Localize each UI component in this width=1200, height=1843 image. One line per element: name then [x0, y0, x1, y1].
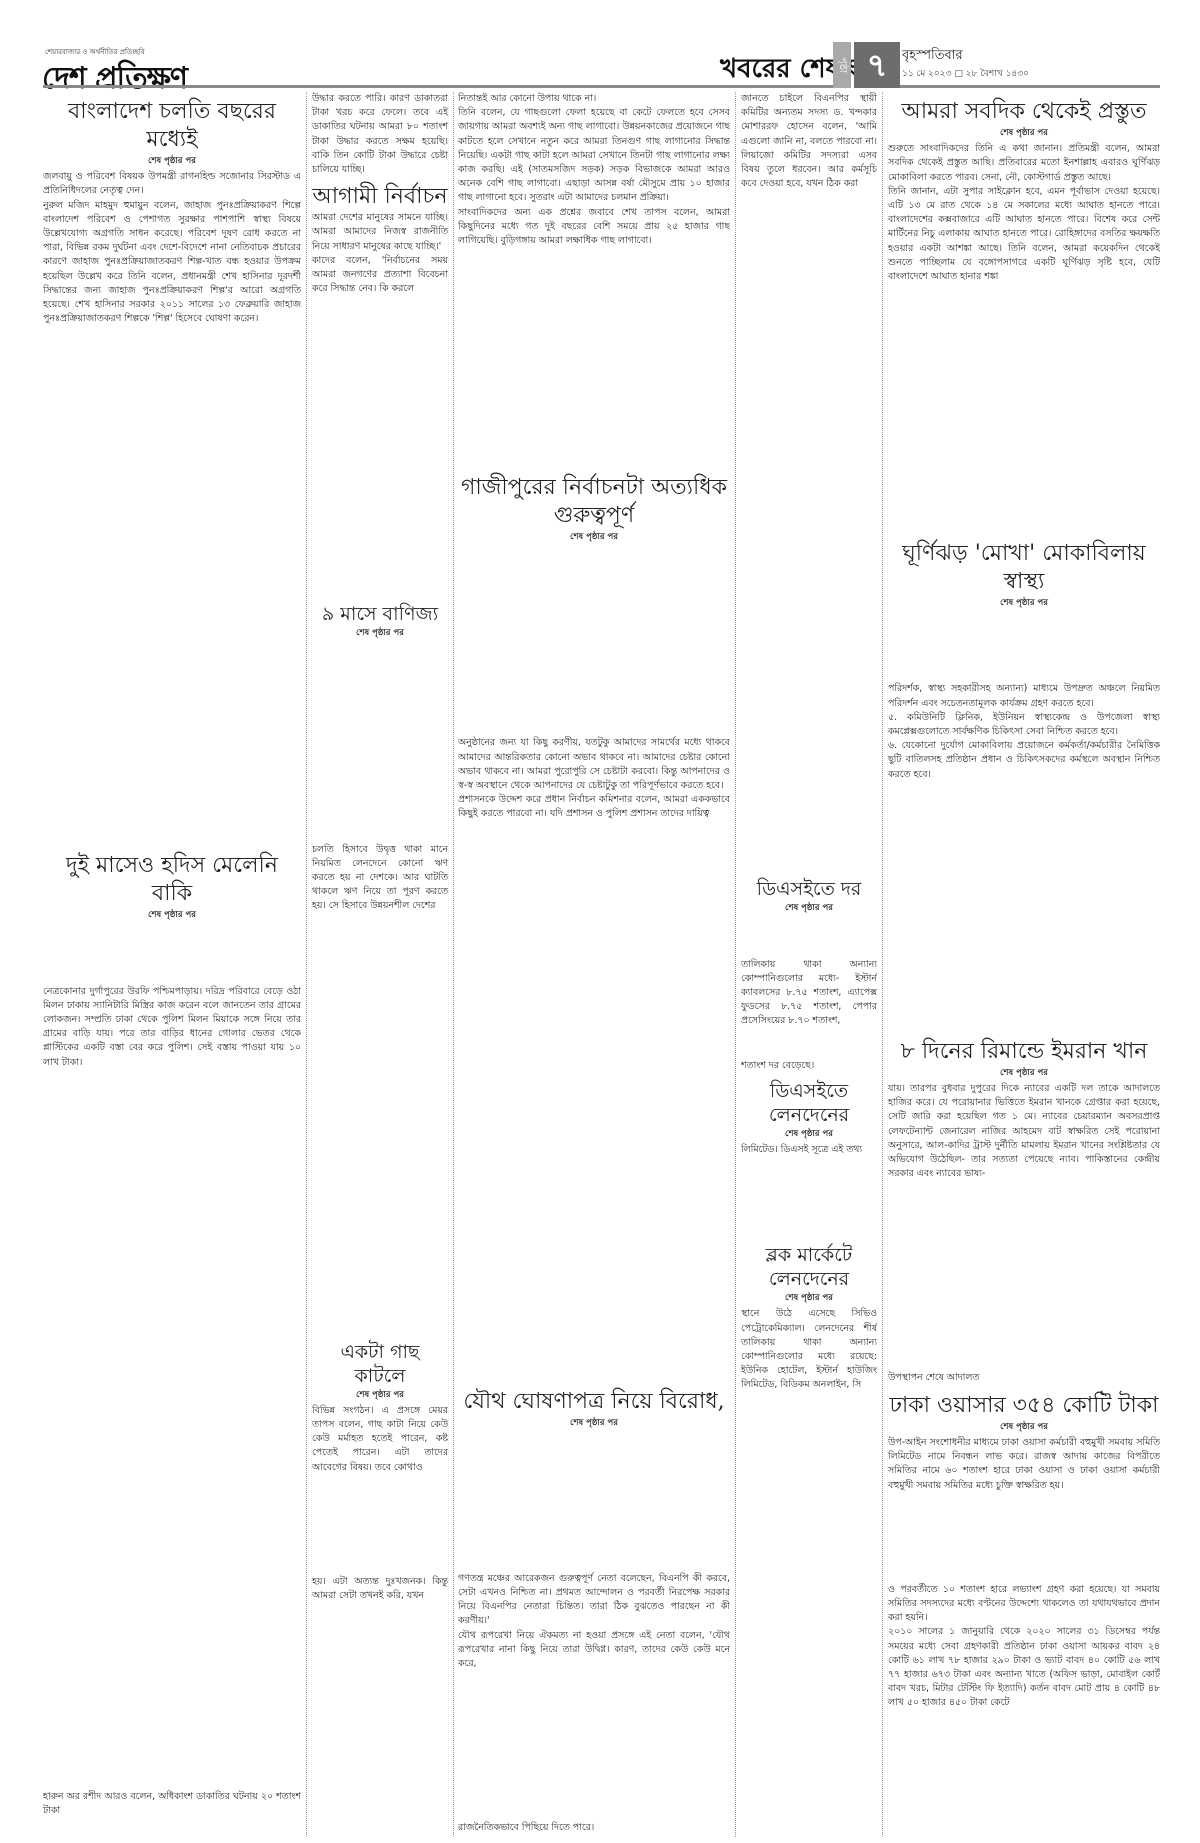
article-body-filler [741, 1029, 877, 1059]
headline[interactable]: ঘূর্ণিঝড় 'মোখা' মোকাবিলায় স্বাস্থ্য [888, 540, 1160, 596]
article-body-filler [741, 918, 877, 958]
article-body-filler [888, 1181, 1160, 1371]
headline[interactable]: ৯ মাসে বাণিজ্য [312, 602, 448, 626]
jump-label: শেষ পৃষ্ঠার পর [741, 1127, 877, 1141]
page-label: পৃষ্ঠা [833, 42, 851, 88]
paragraph: কাদের বলেন, 'নির্বাচনের সময় আমরা জনগণের… [312, 254, 448, 297]
article-body-filler [312, 296, 448, 596]
paragraph: সাংবাদিকদের অন্য এক প্রশ্নের জবাবে শেখ ত… [458, 206, 730, 249]
paragraph: শুরুতে সাংবাদিকদের তিনি এ কথা জানান। প্র… [888, 142, 1160, 185]
page-number: ৭ [854, 42, 900, 88]
paragraph: জলবায়ু ও পরিবেশ বিষয়ক উপমন্ত্রী রাগনহি… [43, 170, 301, 198]
headline[interactable]: ব্লক মার্কেটে লেনদেনের [741, 1243, 877, 1291]
article-body-filler [312, 1475, 448, 1575]
paragraph: উপস্থাপন শেষে আদালত [888, 1371, 1160, 1385]
jump-label: শেষ পৃষ্ঠার পর [888, 126, 1160, 140]
article-body-filler [312, 914, 448, 1334]
paragraph: তিনি বলেন, যে গাছগুলো ফেলা হয়েছে বা কেট… [458, 106, 730, 205]
paragraph: হয়। এটা অত্যন্ত দুঃখজনক। কিন্তু আমরা সে… [312, 1575, 448, 1603]
paragraph: উদ্ধার করতে পারি। কারণ ডাকাতরা টাকা খরচ … [312, 92, 448, 177]
article-ghurnijhor[interactable]: ঘূর্ণিঝড় 'মোখা' মোকাবিলায় স্বাস্থ্য শে… [888, 540, 1160, 782]
headline[interactable]: আগামী নির্বাচন [312, 183, 448, 211]
article-body-filler [43, 1070, 301, 1790]
headline[interactable]: ডিএসইতে লেনদেনের [741, 1079, 877, 1127]
paragraph: তালিকায় থাকা অন্যান্য কোম্পানিগুলোর মধ্… [741, 958, 877, 1029]
paragraph: অনুষ্ঠানের জন্য যা কিছু করণীয়, যতটুকু আ… [458, 736, 730, 793]
column-4: জানতে চাইলে বিএনপির স্থায়ী কমিটির অন্যত… [741, 92, 877, 1837]
jump-label: শেষ পৃষ্ঠার পর [312, 626, 448, 640]
column-1: বাংলাদেশ চলতি বছরের মধ্যেই শেষ পৃষ্ঠার প… [43, 92, 301, 1837]
jump-label: শেষ পৃষ্ঠার পর [312, 1388, 448, 1402]
article-dse-dor[interactable]: ডিএসইতে দর শেষ পৃষ্ঠার পর তালিকায় থাকা … [741, 877, 877, 1028]
article-amra-sobdik[interactable]: আমরা সবদিক থেকেই প্রস্তুত শেষ পৃষ্ঠার পর… [888, 98, 1160, 284]
column-divider [735, 92, 737, 1837]
paragraph: রাজনৈতিকভাবে পিছিয়ে দিতে পারে। [458, 1821, 730, 1835]
article-nine-months[interactable]: ৯ মাসে বাণিজ্য শেষ পৃষ্ঠার পর চলতি হিসাব… [312, 602, 448, 913]
headline[interactable]: ডিএসইতে দর [741, 877, 877, 901]
column-divider [453, 92, 455, 1837]
article-body-filler [741, 191, 877, 871]
jump-label: শেষ পৃষ্ঠার পর [741, 901, 877, 915]
jump-label: শেষ পৃষ্ঠার পর [888, 1420, 1160, 1434]
paragraph: যায়। তারপর বুধবার দুপুরের দিকে ন্যাবের … [888, 1082, 1160, 1181]
paragraph: চলতি হিসাবে উদ্বৃত্ত থাকা মানে নিয়মিত ল… [312, 843, 448, 914]
column-divider [882, 92, 884, 1837]
article-body-filler [888, 782, 1160, 1032]
headline[interactable]: বাংলাদেশ চলতি বছরের মধ্যেই [43, 98, 301, 154]
paragraph: ২০১০ সালের ১ জানুয়ারি থেকে ২০২০ সালের ৩… [888, 1625, 1160, 1710]
paragraph: তিনি জানান, এটা সুপার সাইক্লোন হবে, এমন … [888, 185, 1160, 284]
paragraph: নিতান্তই আর কোনো উপায় থাকে না। [458, 92, 730, 106]
column-3: নিতান্তই আর কোনো উপায় থাকে না। তিনি বলে… [458, 92, 730, 1837]
article-body-filler [458, 546, 730, 736]
article-tree-continued[interactable]: নিতান্তই আর কোনো উপায় থাকে না। তিনি বলে… [458, 92, 730, 248]
paragraph: গণতন্ত্র মঞ্চের আরেকজন গুরুত্বপূর্ণ নেতা… [458, 1572, 730, 1629]
article-body-filler [458, 248, 730, 468]
article-body-filler [458, 822, 730, 1382]
column-2: উদ্ধার করতে পারি। কারণ ডাকাতরা টাকা খরচ … [312, 92, 448, 1837]
article-bnp-continued[interactable]: জানতে চাইলে বিএনপির স্থায়ী কমিটির অন্যত… [741, 92, 877, 191]
paragraph: স্থানে উঠে এসেছে সিভিও পেট্রোকেমিক্যাল। … [741, 1307, 877, 1392]
jump-label: শেষ পৃষ্ঠার পর [43, 908, 301, 922]
paragraph: ৫. কমিউনিটি ক্লিনিক, ইউনিয়ন স্বাস্থ্যকে… [888, 711, 1160, 739]
article-block-market[interactable]: ব্লক মার্কেটে লেনদেনের শেষ পৃষ্ঠার পর স্… [741, 1243, 877, 1392]
paragraph: হারুন অর রশীদ আরও বলেন, অধিকাংশ ডাকাতির … [43, 1790, 301, 1818]
paragraph: নেত্রকোনার দুর্গাপুরের উরফি পশ্চিমপাড়ায… [43, 985, 301, 1070]
article-joutho[interactable]: যৌথ ঘোষণাপত্র নিয়ে বিরোধ, শেষ পৃষ্ঠার প… [458, 1388, 730, 1836]
article-body-filler [458, 1671, 730, 1821]
paragraph: ৬. যেকোনো দুর্যোগ মোকাবিলায় প্রয়োজনে ক… [888, 739, 1160, 782]
paragraph: পরিদর্শক, স্বাস্থ্য সহকারীসহ অন্যান্য) ম… [888, 682, 1160, 710]
article-body-filler [43, 326, 301, 846]
headline[interactable]: ঢাকা ওয়াসার ৩৫৪ কোটি টাকা [888, 1392, 1160, 1420]
headline[interactable]: একটা গাছ কাটলে [312, 1340, 448, 1388]
jump-label: শেষ পৃষ্ঠার পর [458, 1416, 730, 1430]
headline[interactable]: ৮ দিনের রিমান্ডে ইমরান খান [888, 1038, 1160, 1066]
article-bangladesh[interactable]: বাংলাদেশ চলতি বছরের মধ্যেই শেষ পৃষ্ঠার প… [43, 98, 301, 326]
masthead: শেয়ারবাজার ও অর্থনীতির প্রতিচ্ছবি দেশ প… [0, 0, 1200, 88]
column-divider [306, 92, 308, 1837]
article-dse-lenden[interactable]: ডিএসইতে লেনদেনের শেষ পৃষ্ঠার পর লিমিটেড।… [741, 1079, 877, 1157]
jump-label: শেষ পৃষ্ঠার পর [458, 530, 730, 544]
article-body-filler [43, 925, 301, 985]
article-dui-mase[interactable]: দুই মাসেও হদিস মেলেনি বাকি শেষ পৃষ্ঠার প… [43, 852, 301, 1818]
headline[interactable]: আমরা সবদিক থেকেই প্রস্তুত [888, 98, 1160, 126]
paragraph: বিভিন্ন সংগঠন। এ প্রসঙ্গে মেয়র তাপস বলে… [312, 1404, 448, 1475]
publication-day: বৃহস্পতিবার [902, 46, 963, 67]
article-dhaka-wasa[interactable]: ঢাকা ওয়াসার ৩৫৪ কোটি টাকা শেষ পৃষ্ঠার প… [888, 1392, 1160, 1711]
jump-label: শেষ পৃষ্ঠার পর [741, 1291, 877, 1305]
paragraph: নুরুল মজিদ মাহমুদ হুমায়ুন বলেন, জাহাজ প… [43, 199, 301, 327]
paragraph: শতাংশ দর বেড়েছে। [741, 1059, 877, 1073]
article-body-filler [888, 612, 1160, 682]
header-rule [43, 85, 283, 88]
article-imran[interactable]: ৮ দিনের রিমান্ডে ইমরান খান শেষ পৃষ্ঠার প… [888, 1038, 1160, 1386]
headline[interactable]: গাজীপুরের নির্বাচনটা অত্যধিক গুরুত্বপূর্… [458, 474, 730, 530]
paragraph: আমরা দেশের মানুষের সামনে যাচ্ছি। আমরা আম… [312, 211, 448, 254]
paragraph: জানতে চাইলে বিএনপির স্থায়ী কমিটির অন্যত… [741, 92, 877, 191]
paragraph: লিমিটেড। ডিএসই সূত্রে এই তথ্য [741, 1143, 877, 1157]
article-agami-nirbachon[interactable]: আগামী নির্বাচন আমরা দেশের মানুষের সামনে … [312, 183, 448, 296]
article-ekta-gach[interactable]: একটা গাছ কাটলে শেষ পৃষ্ঠার পর বিভিন্ন সং… [312, 1340, 448, 1604]
article-body-filler [312, 643, 448, 843]
paragraph: ও পরবর্তীতে ১০ শতাংশ হারে লভ্যাংশ গ্রহণ … [888, 1583, 1160, 1626]
jump-label: শেষ পৃষ্ঠার পর [888, 1066, 1160, 1080]
article-body-filler [741, 1157, 877, 1237]
jump-label: শেষ পৃষ্ঠার পর [888, 596, 1160, 610]
article-body-filler [888, 1493, 1160, 1583]
article-body-filler [458, 1432, 730, 1572]
article-gazipur[interactable]: গাজীপুরের নির্বাচনটা অত্যধিক গুরুত্বপূর্… [458, 474, 730, 821]
header-rule [900, 85, 1160, 88]
paragraph: প্রশাসনকে উদ্দেশ করে প্রধান নির্বাচন কমি… [458, 793, 730, 821]
headline[interactable]: দুই মাসেও হদিস মেলেনি বাকি [43, 852, 301, 908]
paragraph: উপ-আইন সংশোধনীর মাধ্যমে ঢাকা ওয়াসা কর্ম… [888, 1436, 1160, 1493]
paragraph: যৌথ রূপরেখা নিয়ে ঐকমত্য না হওয়া প্রসঙ্… [458, 1629, 730, 1672]
headline[interactable]: যৌথ ঘোষণাপত্র নিয়ে বিরোধ, [458, 1388, 730, 1416]
publication-date: ১১ মে ২০২৩ □ ২৮ বৈশাখ ১৪৩০ [902, 66, 1029, 81]
jump-label: শেষ পৃষ্ঠার পর [43, 154, 301, 168]
article-body-filler [888, 284, 1160, 534]
column-5: আমরা সবদিক থেকেই প্রস্তুত শেষ পৃষ্ঠার পর… [888, 92, 1160, 1837]
